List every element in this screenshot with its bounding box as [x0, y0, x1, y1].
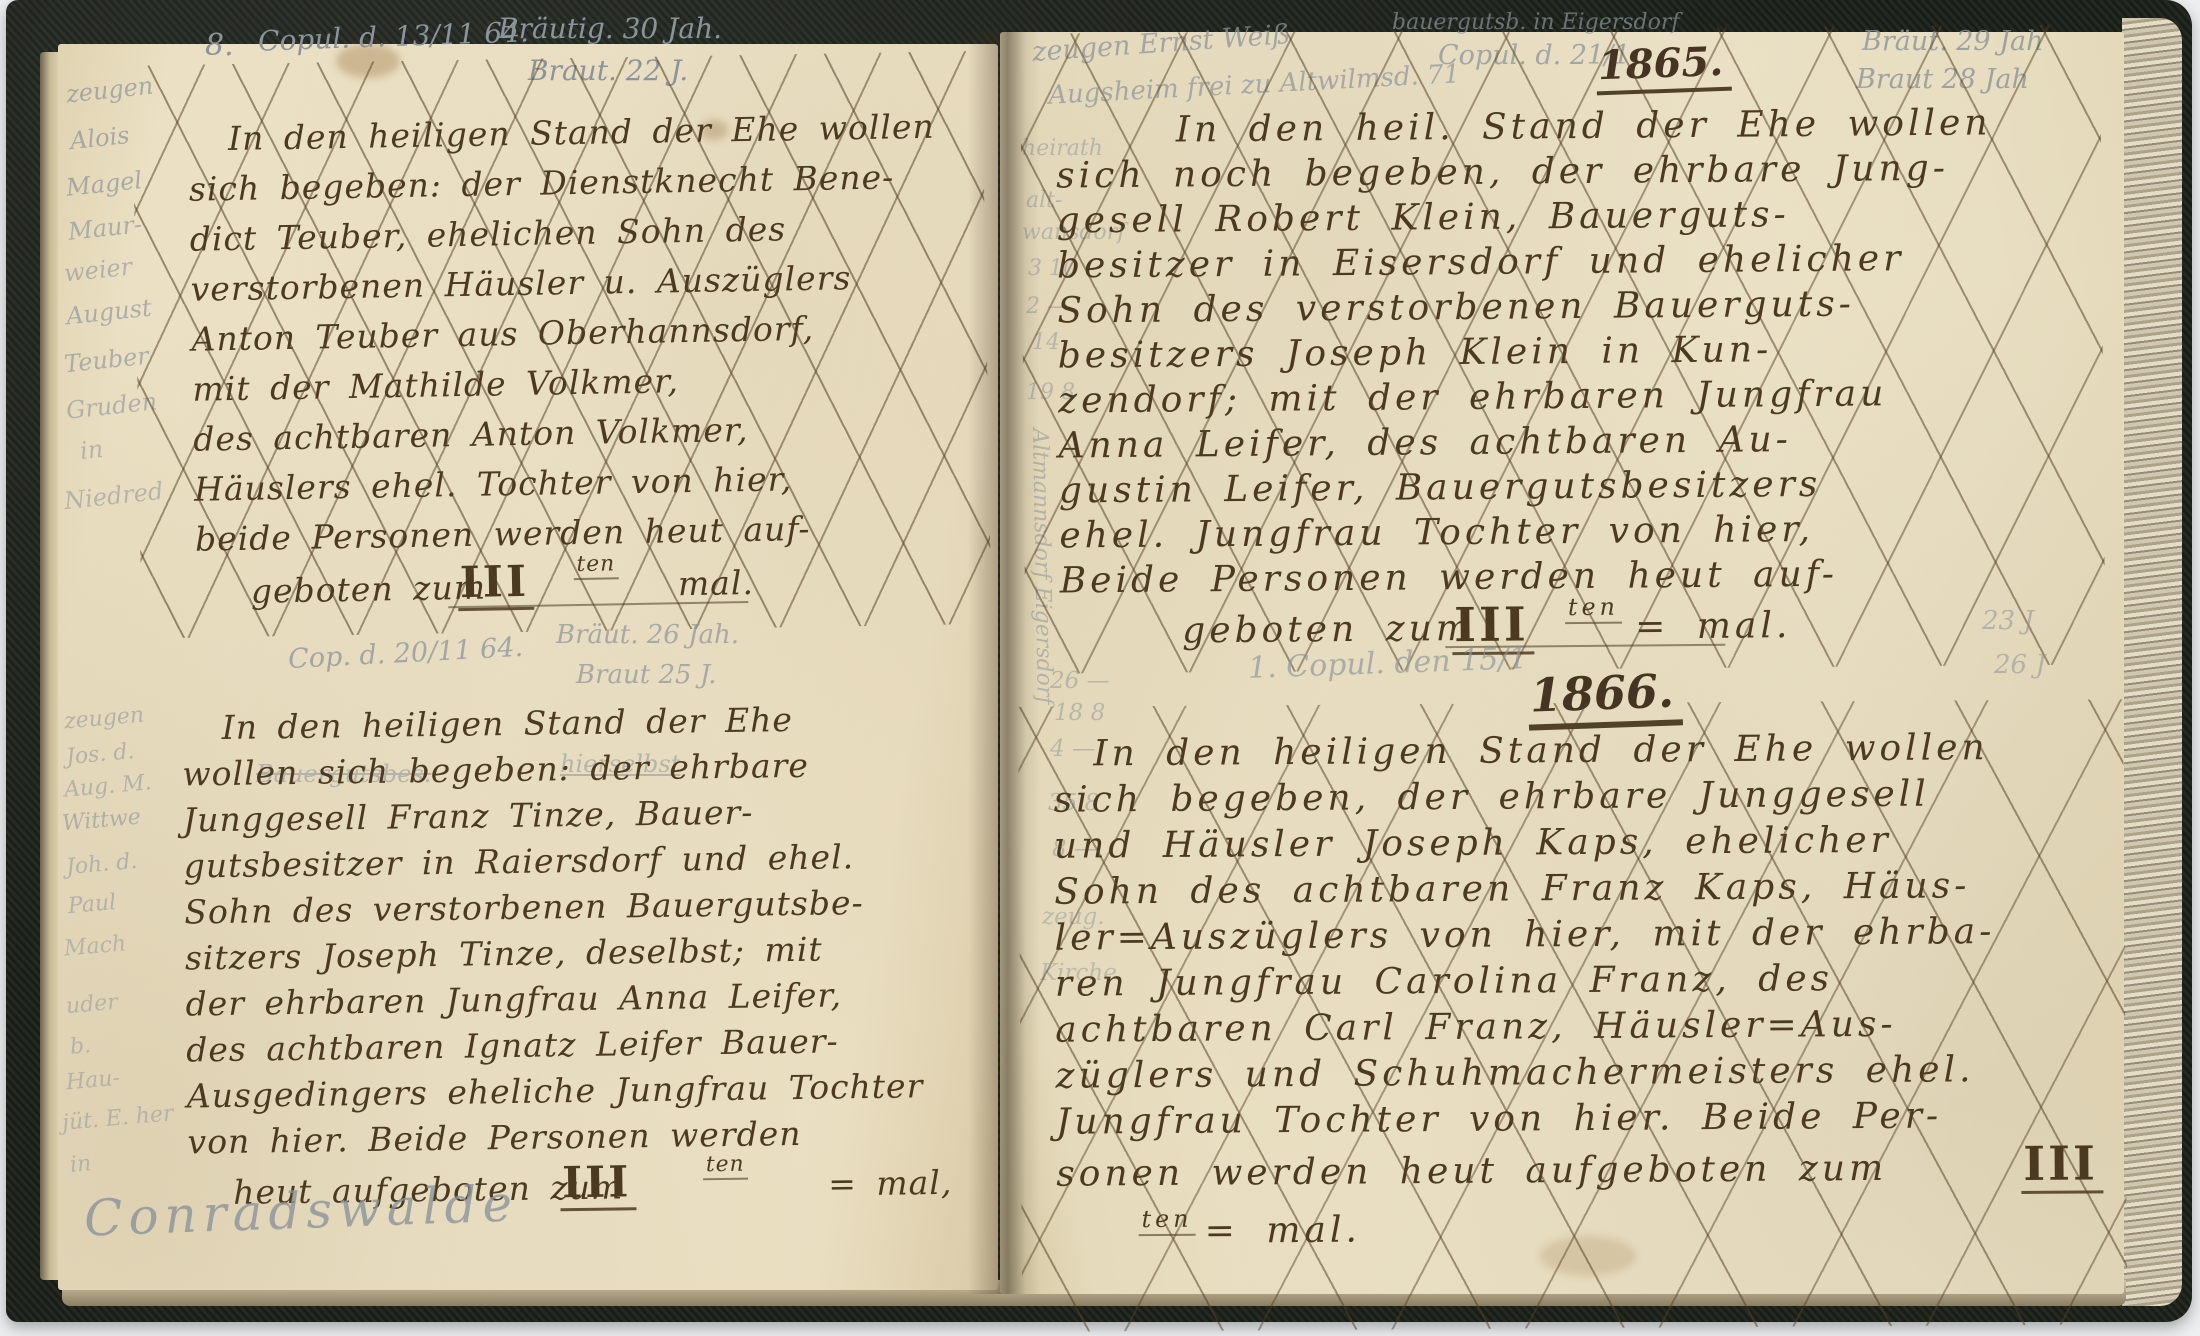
entry-line: und Häusler Joseph Kaps, ehelicher	[1054, 816, 2114, 869]
pencil-margin-note: in	[69, 1151, 92, 1178]
closing-text: = mal.	[1635, 605, 1792, 647]
pencil-note: Braut 25 J.	[576, 660, 717, 690]
entry-line: sich noch begeben, der ehrbare Jung-	[1056, 144, 2096, 198]
banns-count-roman: III	[560, 1159, 637, 1211]
banns-count-roman: III	[2021, 1138, 2103, 1194]
pencil-note: Braut. 22 J.	[528, 54, 688, 87]
pencil-note: Bräut. 29 Jah	[1862, 26, 2044, 57]
closing-text: = mal.	[1205, 1210, 1361, 1252]
year-header-1866: 1866.	[1527, 663, 1683, 730]
pencil-margin-note: uder	[65, 990, 119, 1019]
banns-entry-tinze-leifer: In den heiligen Stand der Ehewollen sich…	[181, 695, 978, 1224]
entry-lines: In den heil. Stand der Ehe wollensich no…	[1056, 99, 2100, 603]
ordinal-suffix: ten	[703, 1152, 748, 1181]
entry-line: In den heiligen Stand der Ehe wollen	[1053, 724, 2113, 777]
entry-line: Jungfrau Tochter von hier. Beide Per-	[1056, 1092, 2116, 1145]
pencil-margin-note: b.	[69, 1033, 92, 1060]
banns-entry-kaps-franz: In den heiligen Stand der Ehe wollensich…	[1053, 724, 2117, 1261]
closing-text: geboten zum	[251, 568, 487, 611]
entry-line: ren Jungfrau Carolina Franz, des	[1055, 954, 2115, 1007]
pencil-margin-note: Paul	[67, 890, 117, 919]
pencil-note: Braut 28 Jah	[1856, 64, 2029, 95]
closing-text: sonen werden heut aufgeboten zum	[1056, 1148, 1887, 1195]
pencil-note: 8.	[205, 28, 234, 63]
banns-entry-teuber-volkmer: In den heiligen Stand der Ehe wollensich…	[188, 101, 967, 622]
closing-text: = mal,	[828, 1163, 953, 1204]
entry-line: achtbaren Carl Franz, Häusler=Aus-	[1055, 1000, 2115, 1053]
entry-closing: geboten zum III ten = mal.	[1060, 594, 2100, 661]
pencil-note: 23 J	[1982, 606, 2034, 636]
entry-line: Sohn des achtbaren Franz Kaps, Häus-	[1054, 862, 2114, 915]
pencil-note: bauergutsb. in Eigersdorf	[1392, 10, 1680, 35]
entry-line: ler=Auszüglers von hier, mit der ehrba-	[1054, 908, 2114, 961]
pencil-note: Bräutig. 30 Jah.	[498, 12, 722, 45]
pencil-gutter-note: 18 8	[1054, 700, 1105, 726]
pencil-margin-note: Hau-	[65, 1066, 121, 1096]
entry-line: sich begeben, der ehrbare Junggesell	[1053, 770, 2113, 823]
page-stack-edge	[2122, 18, 2182, 1306]
banns-count-roman: III	[457, 559, 534, 612]
pencil-note: Bräut. 26 Jah.	[556, 620, 739, 650]
entry-closing: ten = mal.	[1056, 1196, 2116, 1261]
pencil-gutter-note: 14	[1032, 330, 1060, 355]
pencil-margin-note: in	[79, 435, 105, 465]
photograph: 8. Copul. d. 13/11 64. Bräutig. 30 Jah. …	[0, 0, 2200, 1336]
year-header-1865: 1865.	[1595, 38, 1732, 96]
ordinal-suffix: ten	[1565, 593, 1622, 624]
ordinal-suffix: ten	[573, 551, 618, 580]
ordinal-suffix: ten	[1138, 1205, 1195, 1236]
entry-lines: In den heiligen Stand der Ehe wollensich…	[1053, 724, 2116, 1145]
entry-lines: In den heiligen Stand der Ehewollen sich…	[181, 695, 977, 1166]
pencil-note: 26 J	[1994, 650, 2046, 680]
pencil-gutter-vertical-note: Altmannsdorf Eigersdorf	[1027, 428, 1057, 705]
banns-entry-klein-leifer: In den heil. Stand der Ehe wollensich no…	[1056, 99, 2101, 661]
entry-lines: In den heiligen Stand der Ehe wollensich…	[188, 101, 966, 564]
closing-text: mal.	[678, 563, 755, 603]
entry-line: züglers und Schuhmachermeisters ehel.	[1055, 1046, 2115, 1099]
pencil-gutter-note: 26 —	[1050, 668, 1110, 694]
entry-closing: sonen werden heut aufgeboten zum III	[1056, 1138, 2116, 1203]
